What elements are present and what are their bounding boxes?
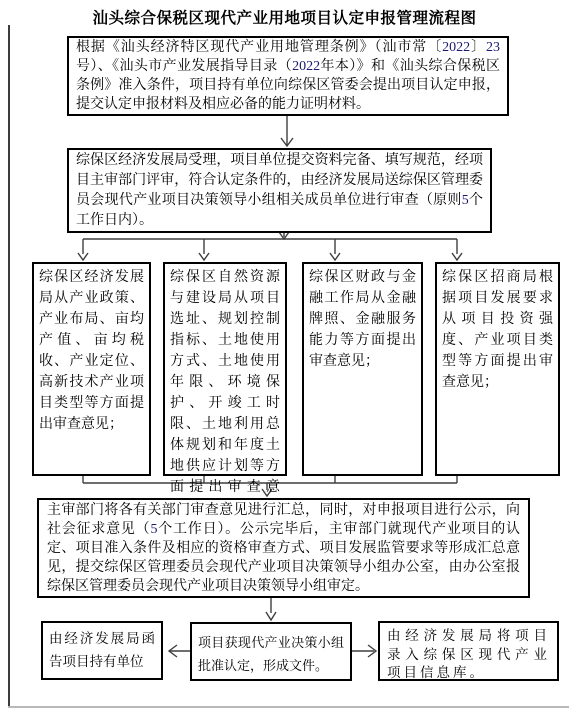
arrowhead-summary-approval — [266, 612, 276, 620]
notify-holder-text: 由经济发展局函告项目持有单位 — [49, 627, 155, 673]
flowchart-page: 汕头综合保税区现代产业用地项目认定申报管理流程图 — [0, 0, 569, 709]
step-acceptance-text: 综保区经济发展局受理，项目单位提交资料完备、填写规范，经项目主审部门评审，符合认… — [76, 151, 483, 231]
approval-decision-text: 项目获现代产业决策小组批准认定，形成文件。 — [198, 631, 344, 677]
arrowhead-branch-1 — [78, 253, 88, 260]
review-economic-development-text: 综保区经济发展局从产业政策、产业布局、亩均产值、亩均税收、产业定位、高新技术产业… — [39, 267, 144, 435]
arrowhead-approval-database — [368, 645, 376, 657]
review-box-economic-development: 综保区经济发展局从产业政策、产业布局、亩均产值、亩均税收、产业定位、高新技术产业… — [32, 262, 151, 476]
project-database-box: 由经济发展局将项目录入综保区现代产业项目信息库。 — [378, 621, 559, 681]
step-application-box: 根据《汕头经济特区现代产业用地管理条例》（汕市常〔2022〕23 号）、《汕头市… — [67, 36, 509, 116]
page-bottom-border — [8, 706, 569, 708]
summary-review-text: 主审部门将各有关部门审查意见进行汇总，同时，对申报项目进行公示，向社会征求意见（… — [47, 501, 520, 596]
review-investment-promotion-text: 综保区招商局根据项目发展要求从项目投资强度、产业项目类型等方面提出审查意见； — [442, 267, 553, 393]
review-box-investment-promotion: 综保区招商局根据项目发展要求从项目投资强度、产业项目类型等方面提出审查意见； — [435, 262, 560, 476]
project-database-text: 由经济发展局将项目录入综保区现代产业项目信息库。 — [387, 627, 550, 683]
arrowhead-branch-4 — [452, 253, 462, 260]
approval-decision-box: 项目获现代产业决策小组批准认定，形成文件。 — [190, 622, 352, 681]
page-title: 汕头综合保税区现代产业用地项目认定申报管理流程图 — [0, 6, 569, 28]
review-box-finance: 综保区财政与金融工作局从金融牌照、金融服务能力等方面提出审查意见； — [302, 262, 423, 476]
arrowhead-step1-step2 — [281, 138, 293, 146]
arrowhead-step2-branch — [279, 232, 289, 239]
step-application-text: 根据《汕头经济特区现代产业用地管理条例》（汕市常〔2022〕23 号）、《汕头市… — [76, 38, 500, 114]
arrowhead-branch-3 — [330, 253, 340, 260]
page-left-border — [8, 25, 10, 707]
notify-holder-box: 由经济发展局函告项目持有单位 — [41, 621, 163, 680]
arrowhead-approval-notify — [169, 645, 177, 657]
review-box-natural-resources: 综保区自然资源与建设局从项目选址、规划控制指标、土地使用方式、土地使用年限、环境… — [163, 262, 287, 476]
review-finance-text: 综保区财政与金融工作局从金融牌照、金融服务能力等方面提出审查意见； — [309, 267, 416, 372]
step-acceptance-box: 综保区经济发展局受理，项目单位提交资料完备、填写规范，经项目主审部门评审，符合认… — [67, 148, 492, 233]
summary-review-box: 主审部门将各有关部门审查意见进行汇总，同时，对申报项目进行公示，向社会征求意见（… — [37, 498, 530, 598]
review-natural-resources-text: 综保区自然资源与建设局从项目选址、规划控制指标、土地使用方式、土地使用年限、环境… — [170, 267, 280, 519]
arrowhead-branch-2 — [199, 253, 209, 260]
